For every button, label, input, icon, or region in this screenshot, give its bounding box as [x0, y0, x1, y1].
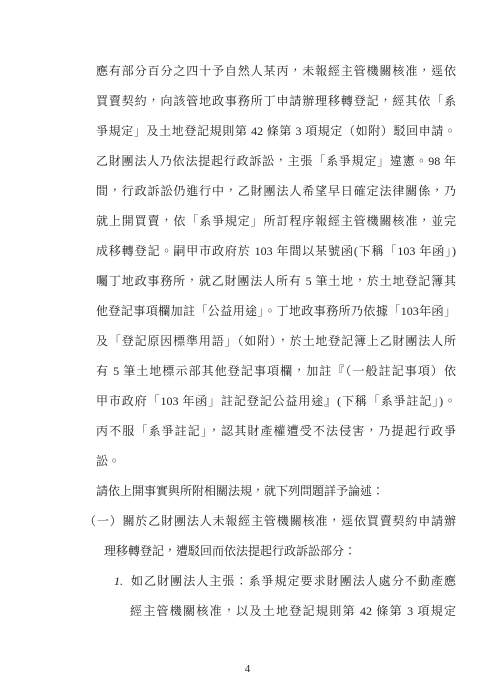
text-line: 買賣契約，向該管地政事務所丁申請辦理移轉登記，經其依「系: [96, 86, 456, 116]
text-line: 丙不服「系爭註記」，認其財產權遭受不法侵害，乃提起行政爭: [96, 416, 456, 446]
list-number: 1.: [114, 574, 130, 588]
text-line: 囑丁地政事務所，就乙財團法人所有 5 筆土地，於土地登記簿其: [96, 266, 456, 296]
text-line: （一）關於乙財團法人未報經主管機關核准，逕依買賣契約申請辦: [84, 506, 456, 536]
text-line: 應有部分百分之四十予自然人某丙，未報經主管機關核准，逕依: [96, 56, 456, 86]
text-line: 訟。: [96, 446, 456, 476]
text-line: 乙財團法人乃依法提起行政訴訟，主張「系爭規定」違憲。98 年: [96, 146, 456, 176]
text-line: 經主管機關核准，以及土地登記規則第 42 條第 3 項規定: [130, 596, 456, 626]
text-line: 理移轉登記，遭駁回而依法提起行政訴訟部分：: [104, 536, 456, 566]
text-line: 有 5 筆土地標示部其他登記事項欄，加註『（一般註記事項）依: [96, 356, 456, 386]
text-line-content: 如乙財團法人主張：系爭規定要求財團法人處分不動產應: [130, 574, 456, 588]
text-line: 爭規定」及土地登記規則第 42 條第 3 項規定（如附）駁回申請。: [96, 116, 456, 146]
document-body: 應有部分百分之四十予自然人某丙，未報經主管機關核准，逕依買賣契約，向該管地政事務…: [96, 56, 456, 626]
text-line: 甲市政府「103 年函」註記登記公益用途』(下稱「系爭註記」)。: [96, 386, 456, 416]
text-line: 請依上開事實與所附相關法規，就下列問題詳予論述：: [96, 476, 456, 506]
text-line: 1.如乙財團法人主張：系爭規定要求財團法人處分不動產應: [114, 566, 456, 596]
document-page: 應有部分百分之四十予自然人某丙，未報經主管機關核准，逕依買賣契約，向該管地政事務…: [0, 0, 495, 700]
text-line: 成移轉登記。嗣甲市政府於 103 年間以某號函(下稱「103 年函」): [96, 236, 456, 266]
text-line: 他登記事項欄加註「公益用途」。丁地政事務所乃依據「103年函」: [96, 296, 456, 326]
text-line: 及「登記原因標準用語」（如附），於土地登記簿上乙財團法人所: [96, 326, 456, 356]
text-line: 就上開買賣，依「系爭規定」所訂程序報經主管機關核准，並完: [96, 206, 456, 236]
page-number: 4: [0, 662, 495, 676]
text-line: 間，行政訴訟仍進行中，乙財團法人希望早日確定法律關係，乃: [96, 176, 456, 206]
